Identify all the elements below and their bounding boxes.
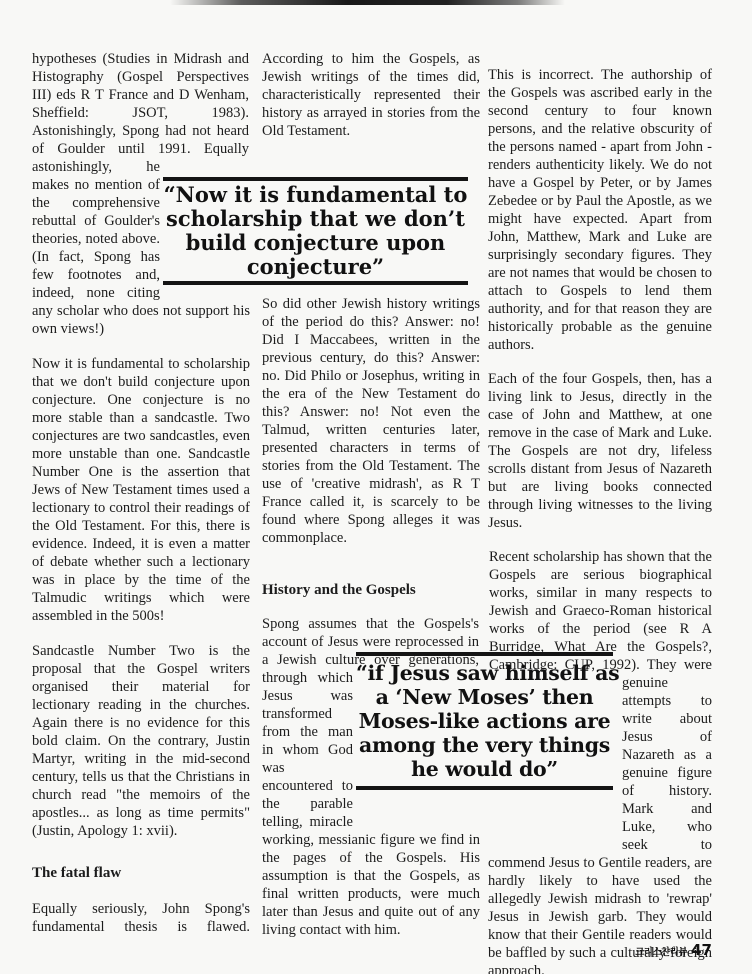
pullquote-line: Moses-like actions are — [356, 709, 613, 733]
paragraph: Sandcastle Number Two is the proposal th… — [32, 642, 250, 840]
pullquote-line: build conjecture upon — [163, 231, 468, 255]
paragraph-text: Each of the four Gospels, then, has a li… — [488, 371, 712, 531]
pullquote-line: among the very things — [356, 733, 613, 757]
page-footer: 크리스챤리뷰 47 — [635, 941, 712, 959]
paragraph: So did other Jewish history writings of … — [262, 295, 480, 547]
paragraph-text: According to him the Gospels, as Jewish … — [262, 51, 480, 139]
page-number: 47 — [691, 941, 712, 959]
paragraph: Equally seriously, John Spong's fundamen… — [32, 900, 250, 936]
paragraph-text: So did other Jewish history writings of … — [262, 296, 480, 546]
magazine-name: 크리스챤리뷰 — [635, 944, 687, 958]
pullquote-new-moses: “if Jesus saw himself as a ‘New Moses’ t… — [356, 652, 613, 790]
pullquote-conjecture: “Now it is fundamental to scholarship th… — [163, 177, 468, 285]
pullquote-line: “Now it is fundamental to — [163, 183, 468, 207]
pullquote-line: a ‘New Moses’ then — [356, 685, 613, 709]
magazine-page: hypotheses (Studies in Midrash and Histo… — [0, 0, 752, 974]
paragraph: According to him the Gospels, as Jewish … — [262, 50, 480, 140]
scan-artifact-top — [170, 0, 565, 5]
pullquote-line: scholarship that we don’t — [163, 207, 468, 231]
pullquote-line: “if Jesus saw himself as — [356, 661, 613, 685]
paragraph-text: Sandcastle Number Two is the proposal th… — [32, 643, 250, 839]
paragraph: Each of the four Gospels, then, has a li… — [488, 370, 712, 532]
section-heading-history-gospels: History and the Gospels — [262, 581, 480, 599]
float-spacer — [249, 50, 250, 158]
paragraph-text: This is incorrect. The authorship of the… — [488, 67, 712, 353]
pullquote-line: conjecture” — [163, 255, 468, 279]
paragraph: Now it is fundamental to scholarship tha… — [32, 355, 250, 625]
column-right: This is incorrect. The authorship of the… — [488, 50, 712, 974]
paragraph: This is incorrect. The authorship of the… — [488, 66, 712, 354]
section-heading-fatal-flaw: The fatal flaw — [32, 864, 250, 882]
pullquote-line: he would do” — [356, 757, 613, 781]
paragraph-text: Equally seriously, John Spong's fundamen… — [32, 901, 250, 935]
paragraph-text: Now it is fundamental to scholarship tha… — [32, 356, 250, 624]
